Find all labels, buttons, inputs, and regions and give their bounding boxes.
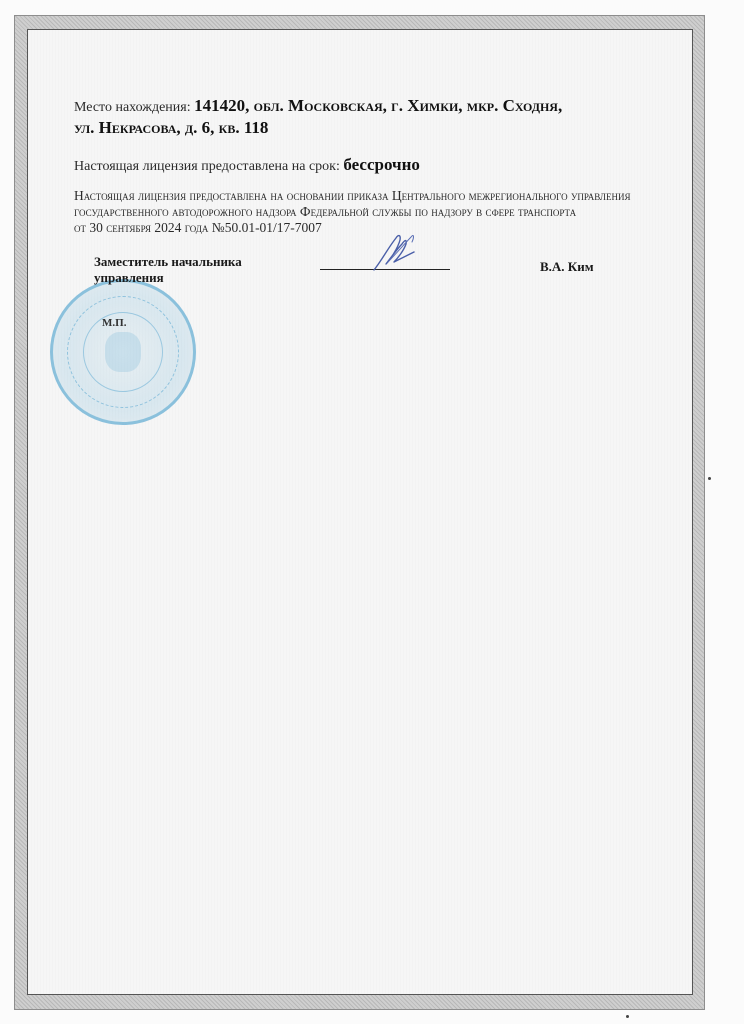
location-line-1: Место нахождения: 141420, обл. Московска… (74, 96, 562, 116)
official-seal (50, 279, 196, 425)
paper-speck (708, 477, 711, 480)
signatory-position-line-2: управления (94, 270, 242, 286)
signature-icon (368, 230, 428, 272)
paper-speck (626, 1015, 629, 1018)
term-line: Настоящая лицензия предоставлена на срок… (74, 155, 420, 175)
term-value: бессрочно (343, 155, 420, 174)
basis-line-1: Настоящая лицензия предоставлена на осно… (74, 188, 630, 204)
seal-emblem-icon (105, 332, 141, 372)
document-page: Место нахождения: 141420, обл. Московска… (27, 29, 693, 995)
document-content: Место нахождения: 141420, обл. Московска… (28, 30, 692, 994)
signatory-position: Заместитель начальника управления (94, 254, 242, 286)
location-label: Место нахождения: (74, 100, 191, 115)
term-label: Настоящая лицензия предоставлена на срок… (74, 159, 340, 174)
location-value-line-2: ул. Некрасова, д. 6, кв. 118 (74, 118, 268, 137)
location-value-line-1: 141420, обл. Московская, г. Химки, мкр. … (194, 96, 562, 115)
basis-line-2: государственного автодорожного надзора Ф… (74, 204, 576, 220)
signatory-name: В.А. Ким (540, 259, 594, 275)
document-frame: Место нахождения: 141420, обл. Московска… (14, 15, 705, 1010)
basis-line-3: от 30 сентября 2024 года №50.01-01/17-70… (74, 220, 322, 236)
seal-label: М.П. (102, 317, 126, 329)
location-line-2: ул. Некрасова, д. 6, кв. 118 (74, 118, 268, 138)
signatory-position-line-1: Заместитель начальника (94, 254, 242, 270)
